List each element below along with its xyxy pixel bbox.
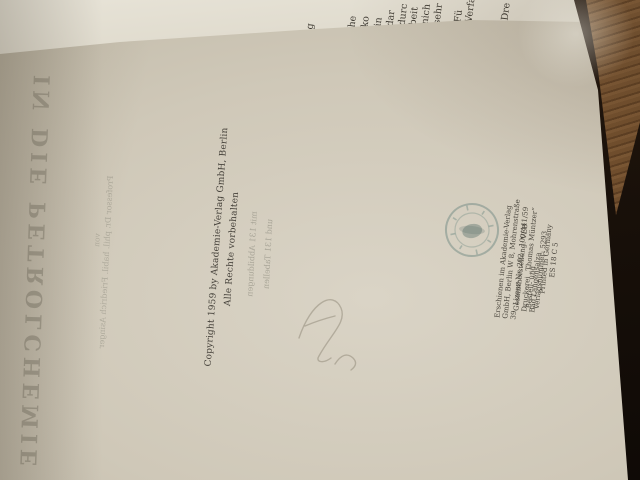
facing-line-fragment: Verfa [464,0,478,23]
handwritten-note [285,268,373,376]
photo-open-book: IN DIE PETROLCHEMIE von Professor Dr. ph… [0,0,640,480]
circular-stamp [443,201,501,259]
facing-line-fragment: he [347,15,359,28]
facing-line-fragment: Dre [500,2,513,21]
showthrough-von: von [92,233,102,247]
facing-line-fragment: g [305,23,317,30]
